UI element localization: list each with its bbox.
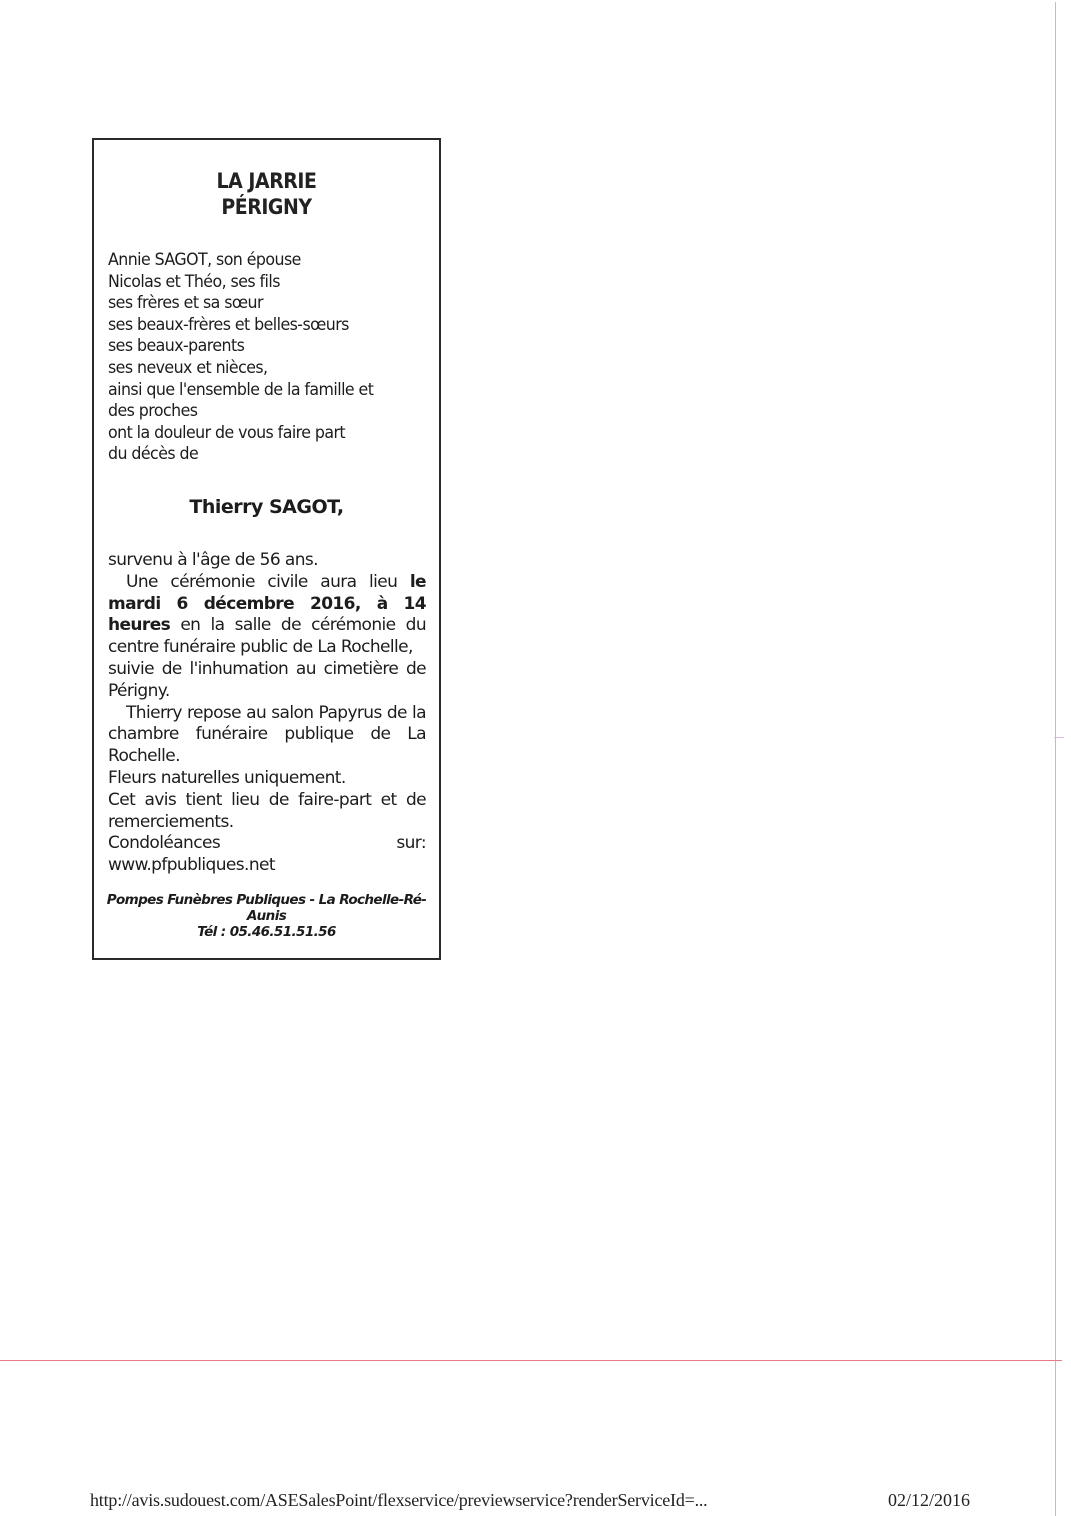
ceremony-paragraph: Une cérémonie civile aura lieu le mardi … <box>108 572 426 659</box>
heading-line-2: PÉRIGNY <box>111 194 422 220</box>
scan-margin-tick <box>1054 737 1064 738</box>
family-line: Nicolas et Théo, ses fils <box>108 272 406 294</box>
ceremony-intro: Une cérémonie civile aura lieu <box>126 572 410 592</box>
family-line: ses beaux-parents <box>108 336 406 358</box>
family-line: ses frères et sa sœur <box>108 293 406 315</box>
scan-red-rule <box>0 1360 1062 1361</box>
family-line: ses beaux-frères et belles-sœurs <box>108 315 406 337</box>
family-line: ainsi que l'ensemble de la famille et <box>108 380 406 402</box>
notice-line: Cet avis tient lieu de faire-part et de … <box>108 790 426 834</box>
burial-line: suivie de l'inhumation au cimetière de P… <box>108 659 426 703</box>
family-line: des proches <box>108 401 406 423</box>
funeral-home-name-cont: Aunis <box>94 908 439 924</box>
family-line: du décès de <box>108 444 406 466</box>
print-url: http://avis.sudouest.com/ASESalesPoint/f… <box>90 1490 707 1511</box>
heading-line-1: LA JARRIE <box>111 168 422 194</box>
family-line: ont la douleur de vous faire part <box>108 423 406 445</box>
print-footer: http://avis.sudouest.com/ASESalesPoint/f… <box>90 1490 970 1511</box>
obituary-notice: LA JARRIE PÉRIGNY Annie SAGOT, son épous… <box>92 138 441 960</box>
notice-heading: LA JARRIE PÉRIGNY <box>111 168 422 220</box>
age-line: survenu à l'âge de 56 ans. <box>108 550 426 572</box>
deceased-name: Thierry SAGOT, <box>94 496 439 518</box>
print-date: 02/12/2016 <box>888 1490 970 1511</box>
condolences-line: Condoléances sur: www.pfpubliques.net <box>108 833 426 877</box>
repose-line: Thierry repose au salon Papyrus de la ch… <box>108 703 426 768</box>
notice-body: survenu à l'âge de 56 ans. Une cérémonie… <box>108 550 426 877</box>
funeral-home-phone: Tél : 05.46.51.51.56 <box>94 924 439 940</box>
funeral-home-footer: Pompes Funèbres Publiques - La Rochelle-… <box>94 892 439 940</box>
flowers-line: Fleurs naturelles uniquement. <box>108 768 426 790</box>
funeral-home-name: Pompes Funèbres Publiques - La Rochelle-… <box>94 892 439 908</box>
family-list: Annie SAGOT, son épouse Nicolas et Théo,… <box>108 250 406 466</box>
family-line: ses neveux et nièces, <box>108 358 406 380</box>
family-line: Annie SAGOT, son épouse <box>108 250 406 272</box>
page-edge-line <box>1055 2 1056 1516</box>
